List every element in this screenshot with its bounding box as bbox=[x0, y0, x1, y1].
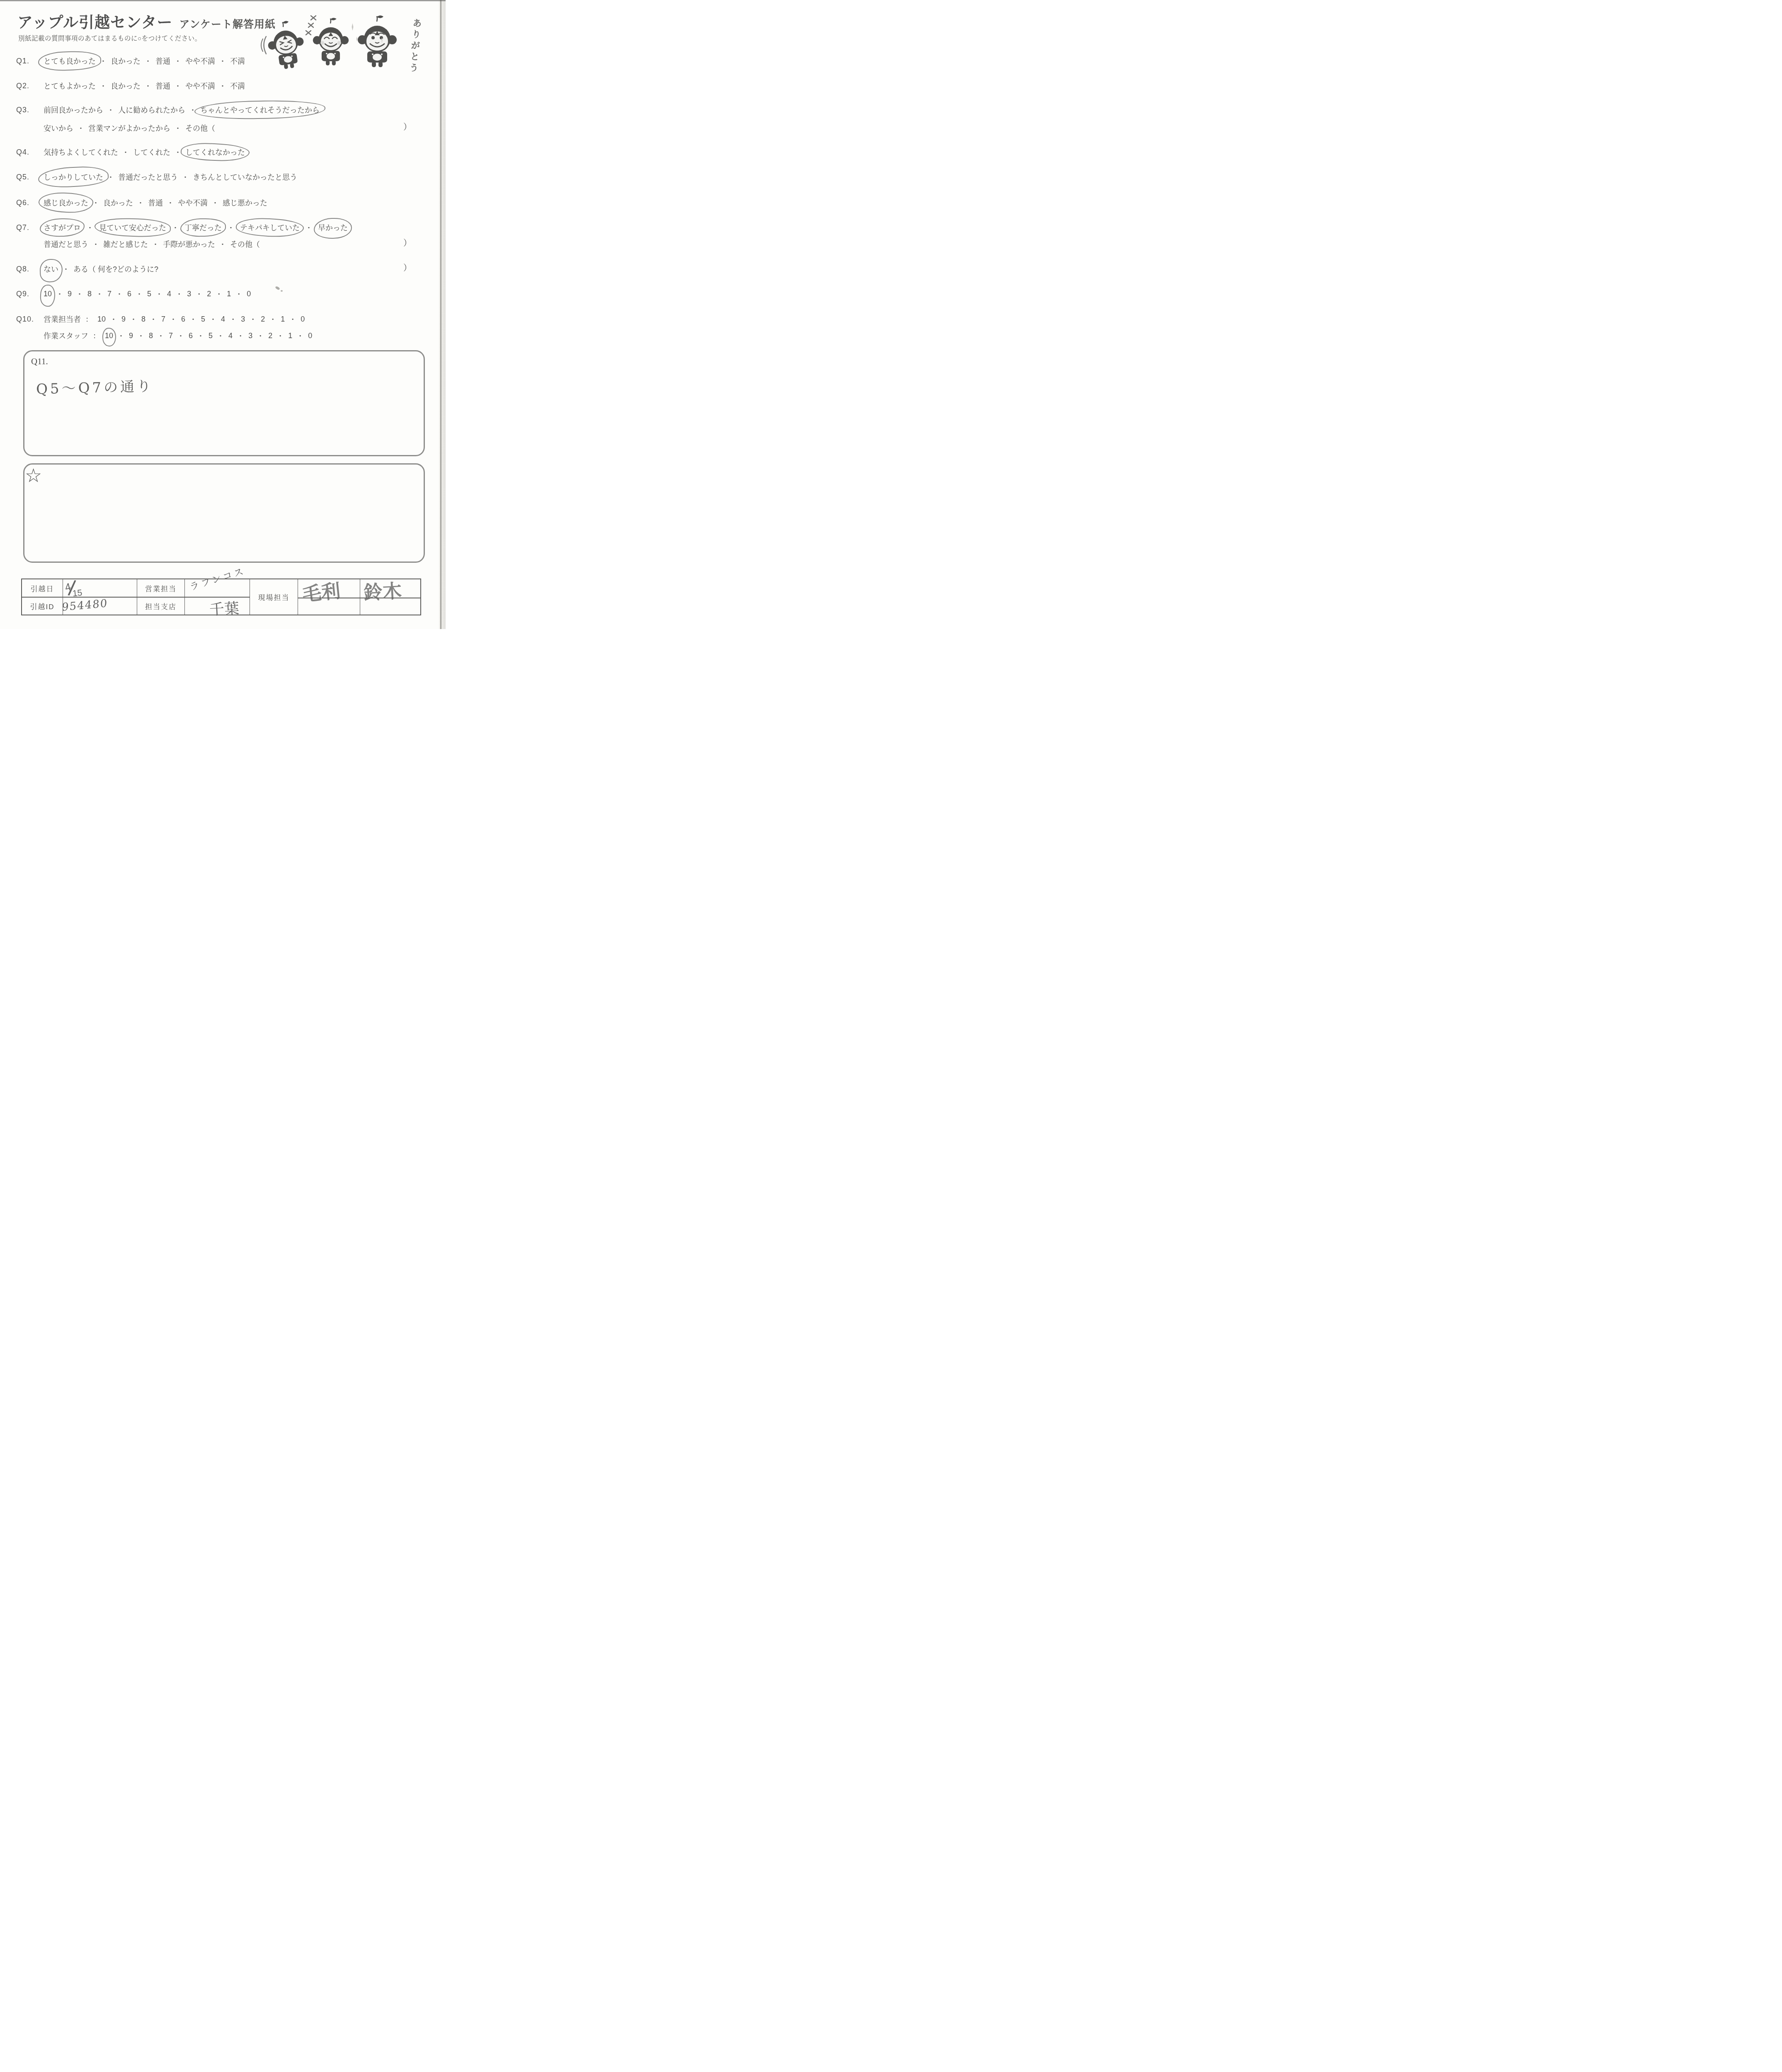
site-rep-signature-1: 毛利 bbox=[301, 576, 342, 607]
close-paren: ） bbox=[403, 120, 412, 132]
option-separator: ・ bbox=[122, 147, 129, 157]
rating-scale: 作業スタッフ：10・9・8・7・6・5・4・3・2・1・0 bbox=[44, 330, 312, 341]
question-row-q7-line2: 普通だと思う・雑だと感じた・手際が悪かった・その他（ bbox=[16, 239, 260, 249]
option-separator: ・ bbox=[92, 197, 99, 208]
option: 良かった bbox=[111, 56, 141, 66]
option-separator: ・ bbox=[157, 330, 165, 341]
thanks-vertical-text: ありがとう bbox=[407, 18, 423, 75]
option-separator: ・ bbox=[107, 104, 114, 115]
rating: 8 bbox=[141, 315, 145, 324]
q11-comment-box: Q11. Q5〜Q7の通り bbox=[23, 350, 425, 456]
rating: 10 bbox=[97, 315, 106, 324]
options: とても良かった・良かった・普通・やや不満・不満 bbox=[44, 56, 245, 66]
rating: 4 bbox=[221, 315, 225, 324]
option: 良かった bbox=[103, 197, 133, 208]
circled-option: してくれなかった bbox=[185, 147, 245, 157]
monkey-happy-icon bbox=[356, 14, 398, 68]
option: 安いから bbox=[44, 123, 73, 133]
rating: 1 bbox=[288, 332, 292, 340]
star-comment-box bbox=[23, 463, 425, 563]
move-date-day: 15 bbox=[72, 588, 83, 599]
rating: 1 bbox=[281, 315, 285, 324]
options: 気持ちよくしてくれた・してくれた・してくれなかった bbox=[44, 147, 245, 157]
options: 安いから・営業マンがよかったから・その他（ bbox=[44, 123, 215, 133]
circled-option: テキパキしていた bbox=[240, 222, 300, 233]
rating: 6 bbox=[189, 332, 193, 340]
rating: 2 bbox=[268, 332, 272, 340]
option-separator: ・ bbox=[182, 172, 189, 182]
option-separator: ・ bbox=[144, 80, 152, 91]
sales-rep-label: 営業担当 bbox=[137, 579, 185, 598]
question-row-q1: Q1. とても良かった・良かった・普通・やや不満・不満 bbox=[16, 56, 245, 66]
rating: 8 bbox=[149, 332, 153, 340]
question-label: Q5. bbox=[16, 173, 44, 182]
branch-value: 千葉 bbox=[209, 597, 240, 620]
sub-label: 営業担当者 bbox=[44, 314, 81, 324]
option-separator: ・ bbox=[110, 314, 117, 324]
survey-sheet: アップル引越センター アンケート解答用紙 別紙記載の質問事項のあてはまるものに○… bbox=[0, 0, 446, 629]
option: 前回良かったから bbox=[44, 104, 103, 115]
option-separator: ・ bbox=[137, 330, 145, 341]
options: ない・ある（ 何を?どのように? bbox=[44, 264, 158, 274]
option: 感じ悪かった bbox=[223, 197, 267, 208]
options: 普通だと思う・雑だと感じた・手際が悪かった・その他（ bbox=[44, 239, 260, 249]
rating: 7 bbox=[161, 315, 165, 324]
option-separator: ・ bbox=[150, 314, 157, 324]
option-separator: ・ bbox=[136, 288, 143, 299]
ink-smudge bbox=[281, 290, 283, 292]
rating: 0 bbox=[247, 290, 251, 298]
question-label: Q7. bbox=[16, 223, 44, 232]
option: その他（ bbox=[185, 123, 215, 133]
option-separator: ・ bbox=[117, 330, 125, 341]
option-separator: ・ bbox=[152, 239, 159, 249]
option: 普通だったと思う bbox=[118, 172, 178, 182]
option: きちんとしていなかったと思う bbox=[193, 172, 297, 182]
option-separator: ・ bbox=[170, 314, 177, 324]
option-separator: ・ bbox=[195, 288, 203, 299]
question-row-q6: Q6. 感じ良かった・良かった・普通・やや不満・感じ悪かった bbox=[16, 197, 267, 208]
rating: 5 bbox=[147, 290, 151, 298]
rating: 9 bbox=[68, 290, 72, 298]
option-separator: ・ bbox=[56, 288, 63, 299]
option: 不満 bbox=[230, 56, 245, 66]
option-separator: ・ bbox=[189, 104, 196, 115]
question-row-q3: Q3. 前回良かったから・人に勧められたから・ちゃんとやってくれそうだったから bbox=[16, 104, 320, 115]
question-row-q9: Q9. 10・9・8・7・6・5・4・3・2・1・0 bbox=[16, 288, 251, 299]
option-separator: ・ bbox=[172, 222, 179, 233]
circled-option: しっかりしていた bbox=[44, 172, 103, 182]
option: 営業マンがよかったから bbox=[88, 123, 170, 133]
rating: 3 bbox=[248, 332, 252, 340]
option-separator: ・ bbox=[96, 288, 103, 299]
option: ある（ 何を?どのように? bbox=[73, 264, 158, 274]
rating: 6 bbox=[181, 315, 185, 324]
option: とてもよかった bbox=[44, 80, 96, 91]
site-rep-label: 現場担当 bbox=[250, 579, 298, 615]
option-separator: ・ bbox=[227, 222, 235, 233]
option-separator: ・ bbox=[269, 314, 276, 324]
option-separator: ・ bbox=[209, 314, 217, 324]
rating: 8 bbox=[87, 290, 92, 298]
monkey-laughing-icon bbox=[264, 17, 308, 72]
option-separator: ・ bbox=[219, 56, 226, 66]
option-separator: ・ bbox=[217, 330, 224, 341]
question-label: Q9. bbox=[16, 290, 44, 298]
option-separator: ・ bbox=[116, 288, 123, 299]
option-separator: ・ bbox=[257, 330, 264, 341]
option-separator: ・ bbox=[137, 197, 144, 208]
options: 前回良かったから・人に勧められたから・ちゃんとやってくれそうだったから bbox=[44, 104, 320, 115]
question-row-q5: Q5. しっかりしていた・普通だったと思う・きちんとしていなかったと思う bbox=[16, 172, 297, 182]
rating-scale: 営業担当者：10・9・8・7・6・5・4・3・2・1・0 bbox=[44, 314, 305, 324]
option-separator: ・ bbox=[229, 314, 237, 324]
circled-option: 感じ良かった bbox=[44, 197, 88, 208]
rating: 0 bbox=[308, 332, 312, 340]
question-row-q2: Q2. とてもよかった・良かった・普通・やや不満・不満 bbox=[16, 80, 245, 91]
option-separator: ・ bbox=[237, 330, 244, 341]
option: 普通 bbox=[148, 197, 163, 208]
option-separator: ・ bbox=[76, 288, 83, 299]
close-paren: ） bbox=[403, 236, 412, 248]
option-separator: ・ bbox=[99, 80, 107, 91]
option: やや不満 bbox=[185, 56, 215, 66]
circled-option: ない bbox=[44, 264, 58, 274]
question-label: Q1. bbox=[16, 57, 44, 65]
option-separator: ・ bbox=[99, 56, 107, 66]
option: 人に勧められたから bbox=[118, 104, 185, 115]
scan-edge-line bbox=[440, 0, 441, 629]
star-icon: ☆ bbox=[25, 466, 42, 485]
rating: 6 bbox=[127, 290, 131, 298]
circled-option: とても良かった bbox=[44, 56, 96, 66]
question-row-q4: Q4. 気持ちよくしてくれた・してくれた・してくれなかった bbox=[16, 147, 245, 157]
option: やや不満 bbox=[178, 197, 208, 208]
option-separator: ・ bbox=[130, 314, 137, 324]
option-separator: ・ bbox=[174, 147, 182, 157]
option-separator: ・ bbox=[235, 288, 242, 299]
ink-smudge bbox=[275, 286, 280, 290]
option-separator: ・ bbox=[177, 330, 184, 341]
option-separator: ・ bbox=[62, 264, 70, 274]
rating: 9 bbox=[121, 315, 126, 324]
rating-scale: 10・9・8・7・6・5・4・3・2・1・0 bbox=[44, 288, 251, 299]
option-separator: ・ bbox=[77, 123, 85, 133]
circled-option: 見ていて安心だった bbox=[99, 222, 166, 233]
branch-label: 担当支店 bbox=[137, 598, 185, 615]
option-separator: ・ bbox=[86, 222, 94, 233]
sparkle-icon bbox=[351, 23, 354, 31]
move-date-value: 4 / 15 bbox=[65, 579, 82, 598]
rating: 4 bbox=[167, 290, 171, 298]
question-label: Q10. bbox=[16, 315, 44, 324]
circled-rating: 10 bbox=[105, 332, 113, 340]
option: してくれた bbox=[133, 147, 170, 157]
rating: 5 bbox=[209, 332, 213, 340]
options: 感じ良かった・良かった・普通・やや不満・感じ悪かった bbox=[44, 197, 267, 208]
rating: 7 bbox=[169, 332, 173, 340]
options: しっかりしていた・普通だったと思う・きちんとしていなかったと思う bbox=[44, 172, 297, 182]
footer-table: 引越日 営業担当 現場担当 引越ID 担当支店 4 / 15 954480 ラフ… bbox=[21, 579, 421, 615]
rating: 7 bbox=[107, 290, 112, 298]
option-separator: ・ bbox=[144, 56, 152, 66]
option-separator: ・ bbox=[189, 314, 197, 324]
rating: 2 bbox=[261, 315, 265, 324]
scan-edge-top bbox=[0, 0, 446, 1]
circled-option: 丁寧だった bbox=[184, 222, 222, 233]
rating: 5 bbox=[201, 315, 205, 324]
q11-label: Q11. bbox=[31, 356, 48, 367]
options: とてもよかった・良かった・普通・やや不満・不満 bbox=[44, 80, 245, 91]
move-id-label: 引越ID bbox=[22, 598, 63, 615]
option-separator: ・ bbox=[219, 80, 226, 91]
option-separator: ・ bbox=[296, 330, 304, 341]
option-separator: ・ bbox=[174, 80, 182, 91]
option: 手際が悪かった bbox=[163, 239, 215, 249]
page-title: アンケート解答用紙 bbox=[179, 16, 276, 31]
option: 雑だと感じた bbox=[103, 239, 148, 249]
rating: 4 bbox=[228, 332, 233, 340]
instruction-text: 別紙記載の質問事項のあてはまるものに○をつけてください。 bbox=[18, 34, 201, 43]
header: アップル引越センター アンケート解答用紙 bbox=[17, 10, 276, 32]
brand-title: アップル引越センター bbox=[17, 10, 172, 32]
option-separator: ・ bbox=[107, 172, 114, 182]
option-separator: ・ bbox=[276, 330, 284, 341]
option-separator: ・ bbox=[175, 288, 183, 299]
option-separator: ・ bbox=[219, 239, 226, 249]
question-row-q10-sales: Q10. 営業担当者：10・9・8・7・6・5・4・3・2・1・0 bbox=[16, 314, 305, 324]
question-label: Q3. bbox=[16, 106, 44, 114]
rating: 1 bbox=[227, 290, 231, 298]
circled-rating: 10 bbox=[44, 290, 52, 298]
option-separator: ・ bbox=[289, 314, 296, 324]
option-separator: ・ bbox=[174, 123, 182, 133]
rating: 3 bbox=[187, 290, 191, 298]
question-row-q3-line2: 安いから・営業マンがよかったから・その他（ bbox=[16, 123, 215, 133]
option-separator: ・ bbox=[197, 330, 204, 341]
option: 不満 bbox=[230, 80, 245, 91]
circled-option: さすがプロ bbox=[44, 222, 81, 233]
question-row-q8: Q8. ない・ある（ 何を?どのように? bbox=[16, 264, 158, 274]
q11-handwritten-answer: Q5〜Q7の通り bbox=[36, 375, 153, 398]
option-separator: ・ bbox=[305, 222, 313, 233]
option-separator: ・ bbox=[249, 314, 257, 324]
option: やや不満 bbox=[185, 80, 215, 91]
sub-label: 作業スタッフ bbox=[44, 330, 88, 341]
monkey-smiling-icon bbox=[312, 17, 350, 66]
site-rep-signature-2: 鈴木 bbox=[363, 576, 402, 605]
rating: 3 bbox=[241, 315, 245, 324]
rating: 2 bbox=[207, 290, 211, 298]
question-label: Q4. bbox=[16, 148, 44, 157]
option: 気持ちよくしてくれた bbox=[44, 147, 118, 157]
circled-option: ちゃんとやってくれそうだったから bbox=[200, 104, 320, 115]
options: さすがプロ・見ていて安心だった・丁寧だった・テキパキしていた・早かった bbox=[44, 222, 348, 233]
option-separator: ・ bbox=[215, 288, 223, 299]
question-label: Q2. bbox=[16, 82, 44, 90]
option-separator: ・ bbox=[167, 197, 174, 208]
question-label: Q8. bbox=[16, 265, 44, 274]
question-row-q10-staff: 作業スタッフ：10・9・8・7・6・5・4・3・2・1・0 bbox=[16, 330, 312, 341]
option-separator: ・ bbox=[174, 56, 182, 66]
option-separator: ・ bbox=[211, 197, 219, 208]
colon-separator: ： bbox=[93, 330, 100, 341]
move-date-label: 引越日 bbox=[22, 579, 63, 598]
option: 普通だと思う bbox=[44, 239, 88, 249]
option: 普通 bbox=[155, 56, 170, 66]
option: 普通 bbox=[155, 80, 170, 91]
circled-option: 早かった bbox=[318, 222, 348, 233]
rating: 9 bbox=[129, 332, 133, 340]
rating: 0 bbox=[301, 315, 305, 324]
option-separator: ・ bbox=[155, 288, 163, 299]
option-separator: ・ bbox=[92, 239, 99, 249]
colon-separator: ： bbox=[85, 314, 93, 324]
option: 良かった bbox=[111, 80, 141, 91]
close-paren: ） bbox=[403, 261, 412, 273]
question-row-q7: Q7. さすがプロ・見ていて安心だった・丁寧だった・テキパキしていた・早かった bbox=[16, 222, 348, 233]
question-label: Q6. bbox=[16, 198, 44, 207]
option: その他（ bbox=[230, 239, 260, 249]
